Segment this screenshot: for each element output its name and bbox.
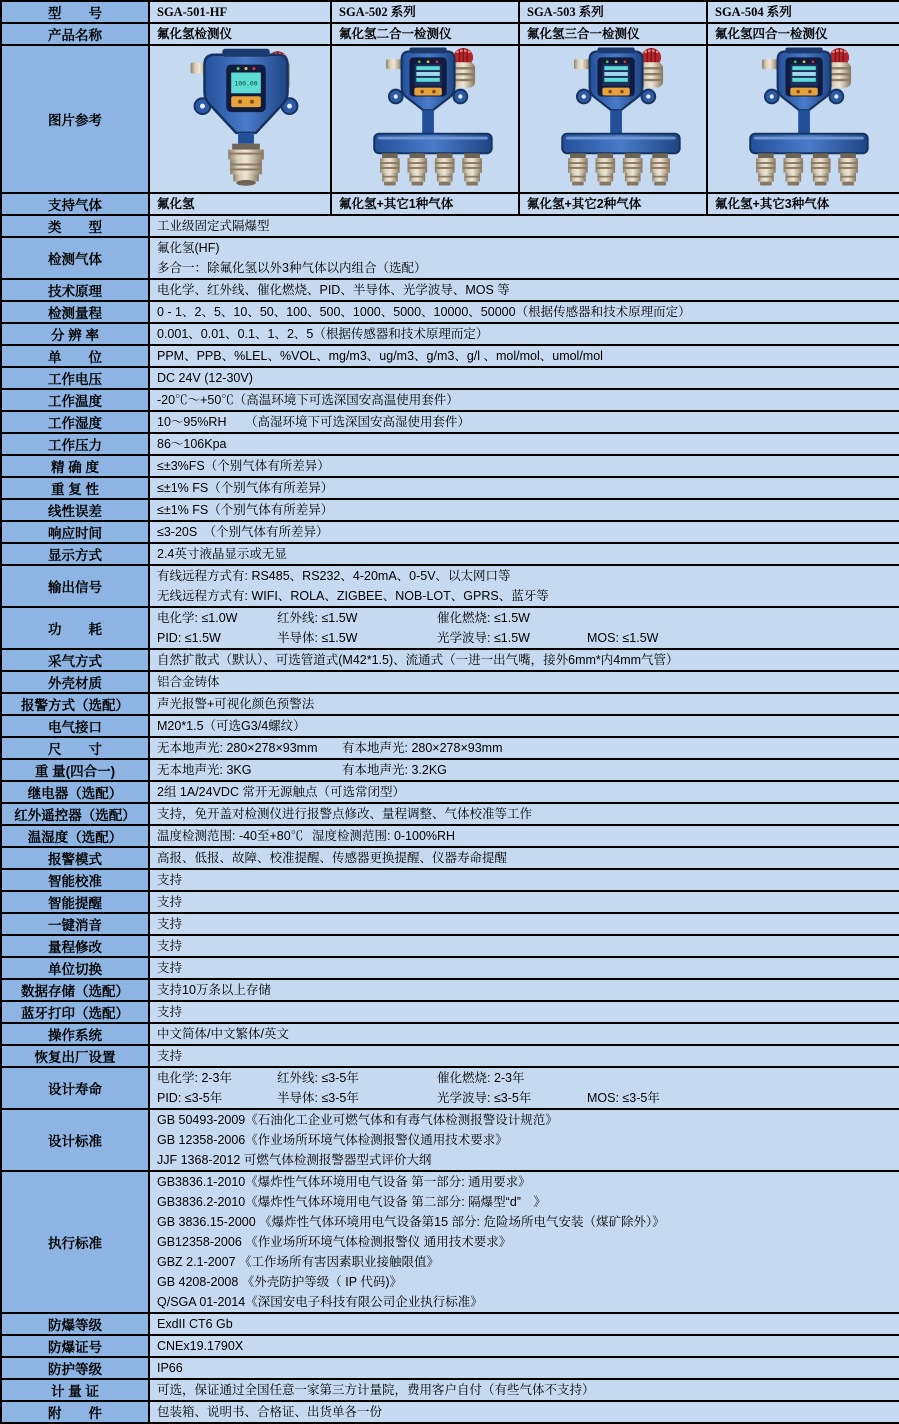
spec-value: 无本地声光: 3KG有本地声光: 3.2KG [149,759,899,781]
spec-row: 工作压力86～106Kpa [1,433,899,455]
spec-label: 智能提醒 [1,891,149,913]
spec-label: 显示方式 [1,543,149,565]
spec-row: 检测量程0 - 1、2、5、10、50、100、500、1000、5000、10… [1,301,899,323]
spec-row: 重 量(四合一)无本地声光: 3KG有本地声光: 3.2KG [1,759,899,781]
spec-row: 外壳材质铝合金铸体 [1,671,899,693]
spec-value: 声光报警+可视化颜色预警法 [149,693,899,715]
spec-value-segment: ≤±1% FS（个别气体有所差异） [157,500,333,520]
product-name: 氟化氢三合一检测仪 [519,23,707,45]
spec-value-segment: 湿度检测范围: 0-100%RH [312,826,455,846]
model-row-label: 型 号 [1,1,149,23]
spec-row: 数据存储（选配）支持10万条以上存储 [1,979,899,1001]
spec-row: 计 量 证可选，保证通过全国任意一家第三方计量院，费用客户自付（有些气体不支持） [1,1379,899,1401]
spec-value-segment: 支持，免开盖对检测仪进行报警点修改、量程调整、气体校准等工作 [157,804,532,824]
spec-value: ExdII CT6 Gb [149,1313,899,1335]
spec-row: 报警方式（选配）声光报警+可视化颜色预警法 [1,693,899,715]
spec-label: 电气接口 [1,715,149,737]
spec-value-segment: 无本地声光: 280×278×93mm [157,738,342,758]
spec-value-segment: 电化学: ≤1.0W [157,608,277,628]
spec-value: 铝合金铸体 [149,671,899,693]
spec-value-segment: 自然扩散式（默认）、可选管道式(M42*1.5)、流通式（一进一出气嘴，接外6m… [157,650,679,670]
spec-value: 86～106Kpa [149,433,899,455]
supported-gas: 氟化氢 [149,193,331,215]
spec-label: 精 确 度 [1,455,149,477]
product-row-label: 产品名称 [1,23,149,45]
supported-gas: 氟化氢+其它1种气体 [331,193,519,215]
product-name-row: 产品名称 氟化氢检测仪 氟化氢二合一检测仪 氟化氢三合一检测仪 氟化氢四合一检测… [1,23,899,45]
spec-value-segment: 铝合金铸体 [157,672,220,692]
spec-value: 有线远程方式有: RS485、RS232、4-20mA、0-5V、以太网口等无线… [149,565,899,607]
spec-value-segment: 0 - 1、2、5、10、50、100、500、1000、5000、10000、… [157,302,691,322]
detector-multi-image [527,46,707,192]
spec-value-segment: 高报、低报、故障、校准提醒、传感器更换提醒、仪器寿命提醒 [157,848,507,868]
spec-value-segment: GB3836.2-2010《爆炸性气体环境用电气设备 第二部分: 隔爆型“d” … [157,1192,546,1212]
spec-value-segment: GB 50493-2009《石油化工企业可燃气体和有毒气体检测报警设计规范》 [157,1110,558,1130]
spec-label: 工作温度 [1,389,149,411]
spec-row: 工作湿度10～95%RH（高湿环境下可选深国安高湿使用套件） [1,411,899,433]
spec-label: 报警方式（选配） [1,693,149,715]
spec-label: 类 型 [1,215,149,237]
spec-value-segment: 电化学、红外线、催化燃烧、PID、半导体、光学波导、MOS 等 [157,280,510,300]
spec-label: 功 耗 [1,607,149,649]
spec-value-segment: 86～106Kpa [157,434,227,454]
spec-row: 继电器（选配）2组 1A/24VDC 常开无源触点（可选常闭型） [1,781,899,803]
spec-value-segment: IP66 [157,1358,183,1378]
spec-value: 高报、低报、故障、校准提醒、传感器更换提醒、仪器寿命提醒 [149,847,899,869]
spec-value: 可选，保证通过全国任意一家第三方计量院，费用客户自付（有些气体不支持） [149,1379,899,1401]
spec-row: 单位切换支持 [1,957,899,979]
spec-value: 中文简体/中文繁体/英文 [149,1023,899,1045]
spec-value: 支持 [149,891,899,913]
spec-value-segment: 有线远程方式有: RS485、RS232、4-20mA、0-5V、以太网口等 [157,566,511,586]
spec-value: 支持，免开盖对检测仪进行报警点修改、量程调整、气体校准等工作 [149,803,899,825]
image-row: 图片参考 [1,45,899,193]
detector-multi-image [715,46,899,192]
spec-row: 报警模式高报、低报、故障、校准提醒、传感器更换提醒、仪器寿命提醒 [1,847,899,869]
spec-value: CNEx19.1790X [149,1335,899,1357]
spec-value-segment: 红外线: ≤1.5W [277,608,437,628]
spec-value-segment: GB3836.1-2010《爆炸性气体环境用电气设备 第一部分: 通用要求》 [157,1172,531,1192]
spec-row: 线性误差≤±1% FS（个别气体有所差异） [1,499,899,521]
spec-row: 执行标准GB3836.1-2010《爆炸性气体环境用电气设备 第一部分: 通用要… [1,1171,899,1313]
spec-row: 工作温度-20℃～+50℃（高温环境下可选深国安高温使用套件） [1,389,899,411]
spec-label: 工作电压 [1,367,149,389]
spec-value-segment: 催化燃烧: ≤1.5W [437,608,530,628]
spec-label: 防护等级 [1,1357,149,1379]
spec-value: 支持 [149,935,899,957]
spec-label: 蓝牙打印（选配） [1,1001,149,1023]
product-name: 氟化氢检测仪 [149,23,331,45]
spec-value: ≤3-20S （个别气体有所差异） [149,521,899,543]
spec-row: 响应时间≤3-20S （个别气体有所差异） [1,521,899,543]
spec-value-segment: Q/SGA 01-2014《深国安电子科技有限公司企业执行标准》 [157,1292,483,1312]
product-image-cell [519,45,707,193]
spec-row: 量程修改支持 [1,935,899,957]
product-image-cell [149,45,331,193]
spec-row: 防爆证号CNEx19.1790X [1,1335,899,1357]
spec-row: 工作电压DC 24V (12-30V) [1,367,899,389]
supported-gas: 氟化氢+其它3种气体 [707,193,899,215]
spec-value-segment: ExdII CT6 Gb [157,1314,233,1334]
spec-value: 无本地声光: 280×278×93mm有本地声光: 280×278×93mm [149,737,899,759]
spec-value: M20*1.5（可选G3/4螺纹） [149,715,899,737]
spec-label: 操作系统 [1,1023,149,1045]
spec-value-segment: 光学波导: ≤1.5W [437,628,587,648]
product-name: 氟化氢四合一检测仪 [707,23,899,45]
spec-value-segment: 无本地声光: 3KG [157,760,342,780]
spec-value: 0.001、0.01、0.1、1、2、5（根据传感器和技术原理而定） [149,323,899,345]
spec-label: 技术原理 [1,279,149,301]
spec-label: 重 量(四合一) [1,759,149,781]
spec-value: 工业级固定式隔爆型 [149,215,899,237]
spec-value-segment: 可选，保证通过全国任意一家第三方计量院，费用客户自付（有些气体不支持） [157,1380,595,1400]
spec-value-segment: 温度检测范围: -40至+80℃ [157,826,312,846]
spec-value: 氟化氢(HF)多合一：除氟化氢以外3种气体以内组合（选配） [149,237,899,279]
spec-value-segment: PPM、PPB、%LEL、%VOL、mg/m3、ug/m3、g/m3、g/l 、… [157,346,603,366]
spec-row: 防护等级IP66 [1,1357,899,1379]
spec-row: 设计寿命电化学: 2-3年红外线: ≤3-5年催化燃烧: 2-3年PID: ≤3… [1,1067,899,1109]
spec-value: 包装箱、说明书、合格证、出货单各一份 [149,1401,899,1423]
spec-value-segment: （高湿环境下可选深国安高湿使用套件） [245,412,470,432]
spec-value-segment: ≤3-20S （个别气体有所差异） [157,522,328,542]
spec-label: 继电器（选配） [1,781,149,803]
spec-row: 采气方式自然扩散式（默认）、可选管道式(M42*1.5)、流通式（一进一出气嘴，… [1,649,899,671]
spec-row: 温湿度（选配）温度检测范围: -40至+80℃湿度检测范围: 0-100%RH [1,825,899,847]
spec-row: 蓝牙打印（选配）支持 [1,1001,899,1023]
spec-value-segment: 支持 [157,892,182,912]
spec-label: 尺 寸 [1,737,149,759]
spec-label: 工作湿度 [1,411,149,433]
spec-value-segment: 2.4英寸液晶显示或无显 [157,544,287,564]
spec-row: 附 件包装箱、说明书、合格证、出货单各一份 [1,1401,899,1423]
spec-value-segment: 半导体: ≤1.5W [277,628,437,648]
spec-value: 支持10万条以上存储 [149,979,899,1001]
spec-label: 外壳材质 [1,671,149,693]
spec-row: 功 耗电化学: ≤1.0W红外线: ≤1.5W催化燃烧: ≤1.5WPID: ≤… [1,607,899,649]
spec-value-segment: 支持 [157,936,182,956]
spec-label: 恢复出厂设置 [1,1045,149,1067]
spec-value-segment: GB 4208-2008 《外壳防护等级（ IP 代码)》 [157,1272,402,1292]
spec-value: DC 24V (12-30V) [149,367,899,389]
spec-row: 分 辨 率0.001、0.01、0.1、1、2、5（根据传感器和技术原理而定） [1,323,899,345]
spec-value-segment: 支持 [157,1046,182,1066]
spec-label: 量程修改 [1,935,149,957]
spec-value-segment: GB12358-2006 《作业场所环境气体检测报警仪 通用技术要求》 [157,1232,511,1252]
model-name: SGA-501-HF [149,1,331,23]
spec-value-segment: ≤±1% FS（个别气体有所差异） [157,478,333,498]
product-name: 氟化氢二合一检测仪 [331,23,519,45]
spec-value-segment: 0.001、0.01、0.1、1、2、5（根据传感器和技术原理而定） [157,324,488,344]
spec-value-segment: M20*1.5（可选G3/4螺纹） [157,716,306,736]
spec-label: 防爆等级 [1,1313,149,1335]
spec-label: 智能校准 [1,869,149,891]
spec-row: 技术原理电化学、红外线、催化燃烧、PID、半导体、光学波导、MOS 等 [1,279,899,301]
spec-value: 支持 [149,1001,899,1023]
spec-value-segment: ≤±3%FS（个别气体有所差异） [157,456,330,476]
spec-label: 设计标准 [1,1109,149,1171]
spec-value-segment: GB 3836.15-2000 《爆炸性气体环境用电气设备第15 部分: 危险场… [157,1212,665,1232]
spec-value-segment: 支持 [157,1002,182,1022]
spec-row: 电气接口M20*1.5（可选G3/4螺纹） [1,715,899,737]
spec-label: 单 位 [1,345,149,367]
spec-value-segment: 多合一：除氟化氢以外3种气体以内组合（选配） [157,258,426,278]
spec-row: 精 确 度≤±3%FS（个别气体有所差异） [1,455,899,477]
spec-value: 2.4英寸液晶显示或无显 [149,543,899,565]
spec-label: 检测气体 [1,237,149,279]
spec-value: PPM、PPB、%LEL、%VOL、mg/m3、ug/m3、g/m3、g/l 、… [149,345,899,367]
spec-label: 数据存储（选配） [1,979,149,1001]
spec-value-segment: 半导体: ≤3-5年 [277,1088,437,1108]
spec-row: 显示方式2.4英寸液晶显示或无显 [1,543,899,565]
spec-value: IP66 [149,1357,899,1379]
spec-value-segment: JJF 1368-2012 可燃气体检测报警器型式评价大纲 [157,1150,431,1170]
spec-row: 检测气体氟化氢(HF)多合一：除氟化氢以外3种气体以内组合（选配） [1,237,899,279]
spec-label: 执行标准 [1,1171,149,1313]
spec-label: 输出信号 [1,565,149,607]
detector-single-image [157,46,331,192]
spec-row: 智能校准支持 [1,869,899,891]
spec-value-segment: DC 24V (12-30V) [157,368,253,388]
spec-value: -20℃～+50℃（高温环境下可选深国安高温使用套件） [149,389,899,411]
model-name: SGA-502 系列 [331,1,519,23]
spec-value: 支持 [149,913,899,935]
spec-value-segment: -20℃～+50℃（高温环境下可选深国安高温使用套件） [157,390,459,410]
spec-value-segment: 10～95%RH [157,412,245,432]
spec-value-segment: 催化燃烧: 2-3年 [437,1068,525,1088]
gas-row-label: 支持气体 [1,193,149,215]
spec-value-segment: MOS: ≤3-5年 [587,1088,660,1108]
spec-label: 设计寿命 [1,1067,149,1109]
spec-row: 防爆等级ExdII CT6 Gb [1,1313,899,1335]
spec-value-segment: 声光报警+可视化颜色预警法 [157,694,314,714]
spec-value-segment: 电化学: 2-3年 [157,1068,277,1088]
spec-value-segment: 支持 [157,914,182,934]
spec-value: ≤±3%FS（个别气体有所差异） [149,455,899,477]
spec-value: 支持 [149,957,899,979]
spec-rows: 类 型工业级固定式隔爆型检测气体氟化氢(HF)多合一：除氟化氢以外3种气体以内组… [1,215,899,1423]
spec-label: 线性误差 [1,499,149,521]
detector-multi-image [339,46,519,192]
spec-value-segment: 氟化氢(HF) [157,238,220,258]
spec-value-segment: 光学波导: ≤3-5年 [437,1088,587,1108]
spec-value-segment: 无线远程方式有: WIFI、ROLA、ZIGBEE、NOB-LOT、GPRS、蓝… [157,586,549,606]
spec-value: 电化学、红外线、催化燃烧、PID、半导体、光学波导、MOS 等 [149,279,899,301]
spec-label: 防爆证号 [1,1335,149,1357]
spec-value: 0 - 1、2、5、10、50、100、500、1000、5000、10000、… [149,301,899,323]
spec-label: 工作压力 [1,433,149,455]
spec-row: 重 复 性≤±1% FS（个别气体有所差异） [1,477,899,499]
product-image-cell [707,45,899,193]
spec-label: 报警模式 [1,847,149,869]
spec-row: 尺 寸无本地声光: 280×278×93mm有本地声光: 280×278×93m… [1,737,899,759]
spec-value: 支持 [149,869,899,891]
spec-value-segment: GBZ 2.1-2007 《工作场所有害因素职业接触限值》 [157,1252,439,1272]
spec-label: 附 件 [1,1401,149,1423]
spec-row: 类 型工业级固定式隔爆型 [1,215,899,237]
spec-value-segment: 工业级固定式隔爆型 [157,216,270,236]
spec-value-segment: GB 12358-2006《作业场所环境气体检测报警仪通用技术要求》 [157,1130,508,1150]
spec-label: 一键消音 [1,913,149,935]
spec-value: 电化学: ≤1.0W红外线: ≤1.5W催化燃烧: ≤1.5WPID: ≤1.5… [149,607,899,649]
spec-value-segment: 有本地声光: 280×278×93mm [342,738,503,758]
spec-row: 红外遥控器（选配）支持，免开盖对检测仪进行报警点修改、量程调整、气体校准等工作 [1,803,899,825]
spec-value-segment: 支持 [157,870,182,890]
spec-value-segment: PID: ≤1.5W [157,628,277,648]
spec-value: 支持 [149,1045,899,1067]
supported-gas: 氟化氢+其它2种气体 [519,193,707,215]
spec-row: 设计标准GB 50493-2009《石油化工企业可燃气体和有毒气体检测报警设计规… [1,1109,899,1171]
spec-row: 输出信号有线远程方式有: RS485、RS232、4-20mA、0-5V、以太网… [1,565,899,607]
spec-value-segment: 包装箱、说明书、合格证、出货单各一份 [157,1402,382,1422]
spec-value: 自然扩散式（默认）、可选管道式(M42*1.5)、流通式（一进一出气嘴，接外6m… [149,649,899,671]
spec-value-segment: MOS: ≤1.5W [587,628,658,648]
spec-value-segment: PID: ≤3-5年 [157,1088,277,1108]
spec-value-segment: 有本地声光: 3.2KG [342,760,447,780]
model-name: SGA-503 系列 [519,1,707,23]
spec-value-segment: 2组 1A/24VDC 常开无源触点（可选常闭型） [157,782,405,802]
spec-value-segment: 中文简体/中文繁体/英文 [157,1024,289,1044]
spec-value: 电化学: 2-3年红外线: ≤3-5年催化燃烧: 2-3年PID: ≤3-5年半… [149,1067,899,1109]
spec-value-segment: CNEx19.1790X [157,1336,243,1356]
model-name: SGA-504 系列 [707,1,899,23]
spec-value-segment: 红外线: ≤3-5年 [277,1068,437,1088]
spec-row: 操作系统中文简体/中文繁体/英文 [1,1023,899,1045]
spec-label: 检测量程 [1,301,149,323]
spec-label: 温湿度（选配） [1,825,149,847]
spec-value: 温度检测范围: -40至+80℃湿度检测范围: 0-100%RH [149,825,899,847]
spec-value-segment: 支持10万条以上存储 [157,980,271,1000]
spec-label: 响应时间 [1,521,149,543]
product-spec-table: 型 号 SGA-501-HF SGA-502 系列 SGA-503 系列 SGA… [0,0,899,1424]
spec-value: GB 50493-2009《石油化工企业可燃气体和有毒气体检测报警设计规范》GB… [149,1109,899,1171]
spec-row: 智能提醒支持 [1,891,899,913]
spec-label: 分 辨 率 [1,323,149,345]
spec-label: 单位切换 [1,957,149,979]
spec-label: 红外遥控器（选配） [1,803,149,825]
spec-value: 2组 1A/24VDC 常开无源触点（可选常闭型） [149,781,899,803]
spec-label: 采气方式 [1,649,149,671]
spec-row: 单 位PPM、PPB、%LEL、%VOL、mg/m3、ug/m3、g/m3、g/… [1,345,899,367]
spec-row: 恢复出厂设置支持 [1,1045,899,1067]
product-image-cell [331,45,519,193]
spec-value: 10～95%RH（高湿环境下可选深国安高湿使用套件） [149,411,899,433]
spec-label: 重 复 性 [1,477,149,499]
spec-label: 计 量 证 [1,1379,149,1401]
gas-row: 支持气体 氟化氢 氟化氢+其它1种气体 氟化氢+其它2种气体 氟化氢+其它3种气… [1,193,899,215]
spec-value: ≤±1% FS（个别气体有所差异） [149,477,899,499]
spec-value: GB3836.1-2010《爆炸性气体环境用电气设备 第一部分: 通用要求》GB… [149,1171,899,1313]
spec-value: ≤±1% FS（个别气体有所差异） [149,499,899,521]
spec-row: 一键消音支持 [1,913,899,935]
model-row: 型 号 SGA-501-HF SGA-502 系列 SGA-503 系列 SGA… [1,1,899,23]
spec-value-segment: 支持 [157,958,182,978]
image-row-label: 图片参考 [1,45,149,193]
